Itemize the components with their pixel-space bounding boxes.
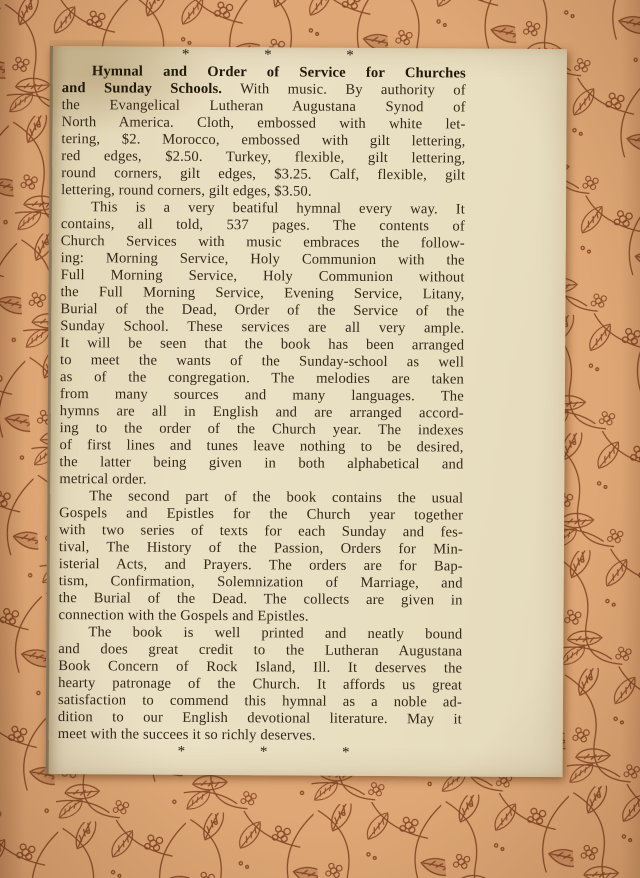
- body-text: Gospels and Epistles for the Church year…: [59, 505, 463, 523]
- body-text: contains, all told, 537 pages. The conte…: [61, 216, 465, 234]
- body-text: The book is well printed and neatly boun…: [88, 624, 462, 642]
- body-text: the latter being given in both alphabeti…: [59, 454, 463, 472]
- paragraphs: Hymnal and Order of Service for Churches…: [58, 63, 466, 745]
- separator-asterisk: *: [342, 745, 350, 762]
- body-text: to meet the wants of the Sunday-school a…: [60, 352, 464, 370]
- body-text: and does great credit to the Lutheran Au…: [58, 641, 462, 659]
- body-text: North America. Cloth, embossed with whit…: [61, 114, 465, 132]
- body-text: metrical order.: [59, 471, 146, 488]
- paragraph: Hymnal and Order of Service for Churches…: [61, 63, 466, 201]
- body-text: dition to our English devotional literat…: [58, 709, 462, 727]
- body-text: satisfaction to commend this hymnal as a…: [58, 692, 462, 710]
- body-text: hearty patronage of the Church. It affor…: [58, 675, 462, 693]
- body-text: ing: Morning Service, Holy Communion wit…: [61, 250, 465, 268]
- separator-asterisk: *: [260, 744, 268, 761]
- separator-asterisk: *: [178, 744, 186, 761]
- body-text: round corners, gilt edges, $3.25. Calf, …: [61, 165, 465, 183]
- body-text: with two series of texts for each Sunday…: [59, 522, 463, 540]
- body-text: Book Concern of Rock Island, Ill. It des…: [58, 658, 462, 676]
- body-text: hymns are all in English and are arrange…: [60, 403, 464, 421]
- body-text: tering, $2. Morocco, embossed with gilt …: [61, 131, 465, 149]
- article-body: * * * Hymnal and Order of Service for Ch…: [58, 46, 466, 762]
- separator-asterisk: *: [182, 47, 190, 64]
- body-text: the Burial of the Dead. The collects are…: [59, 590, 463, 608]
- body-text: of first lines and tunes leave nothing t…: [60, 437, 464, 455]
- scanned-book-page: * * * Hymnal and Order of Service for Ch…: [0, 0, 640, 878]
- text-line: meet with the succees it so richly deser…: [58, 726, 462, 745]
- body-text: With music. By authority of: [222, 81, 466, 98]
- paragraph: The book is well printed and neatly boun…: [58, 624, 463, 745]
- body-text: the Evangelical Lutheran Augustana Synod…: [62, 97, 466, 115]
- body-text: Full Morning Service, Holy Communion wit…: [61, 267, 465, 285]
- body-text: Sunday School. These services are all ve…: [60, 318, 464, 336]
- body-text: as of the congregation. The melodies are…: [60, 369, 464, 387]
- paragraph: This is a very beatiful hymnal every way…: [59, 199, 465, 490]
- body-text: This is a very beatiful hymnal every way…: [91, 199, 465, 217]
- body-text: Burial of the Dead, Order of the Service…: [60, 301, 464, 319]
- body-text: lettering, round corners, gilt edges, $3…: [61, 182, 312, 200]
- body-text: from many sources and many languages. Th…: [60, 386, 464, 404]
- body-text: It will be seen that the book has been a…: [60, 335, 464, 353]
- paragraph: The second part of the book contains the…: [58, 488, 463, 626]
- clipping-page: * * * Hymnal and Order of Service for Ch…: [46, 46, 567, 777]
- body-text: isterial Acts, and Prayers. The orders a…: [59, 556, 463, 574]
- separator-asterisk: *: [264, 47, 272, 64]
- separator-asterisk: *: [346, 48, 354, 65]
- body-text: meet with the succees it so richly deser…: [58, 726, 316, 744]
- separator-bottom: * * *: [178, 744, 350, 762]
- article-title-text: Hymnal and Order of Service for Churches: [92, 63, 466, 81]
- body-text: red edges, $2.50. Turkey, flexible, gilt…: [61, 148, 465, 166]
- body-text: tival, The History of the Passion, Order…: [59, 539, 463, 557]
- separator-top: * * *: [182, 47, 354, 65]
- article-title-text: and Sunday Schools.: [62, 80, 223, 97]
- body-text: ing to the order of the Church year. The…: [60, 420, 464, 438]
- body-text: The second part of the book contains the…: [89, 488, 463, 506]
- body-text: connection with the Gospels and Epistles…: [58, 607, 308, 625]
- body-text: the Full Morning Service, Evening Servic…: [60, 284, 464, 302]
- body-text: tism, Confirmation, Solemnization of Mar…: [59, 573, 463, 591]
- body-text: Church Services with music embraces the …: [61, 233, 465, 251]
